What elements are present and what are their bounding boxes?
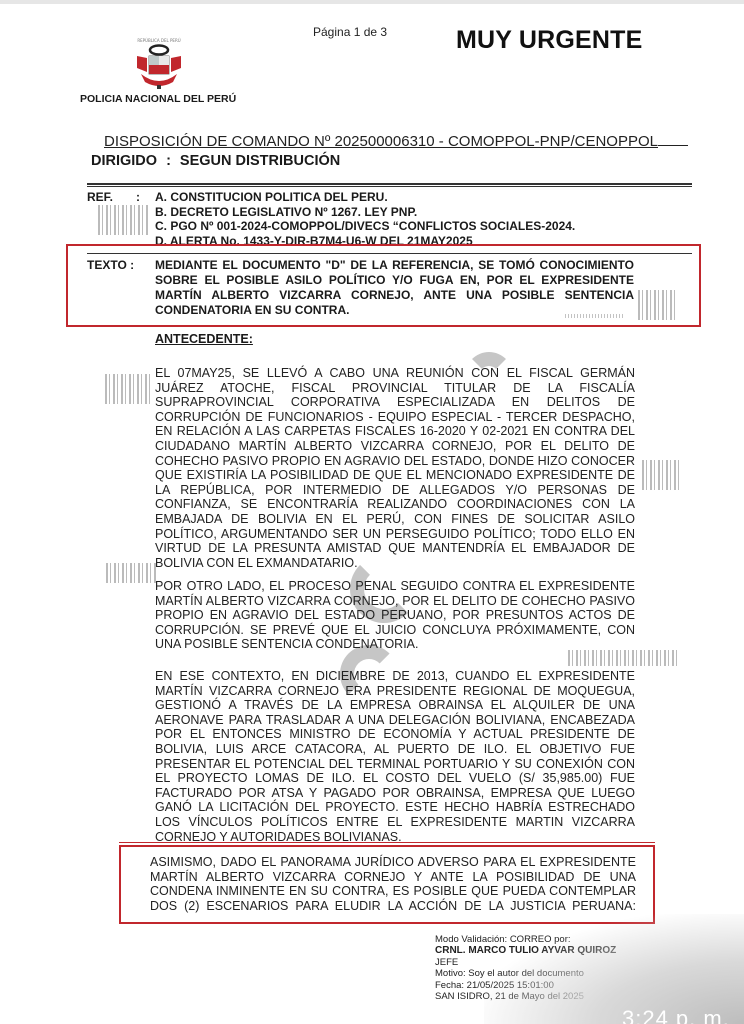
ref-label: REF.	[87, 190, 113, 204]
top-edge	[0, 0, 744, 4]
document-title: DISPOSICIÓN DE COMANDO Nº 202500006310 -…	[104, 133, 688, 150]
paragraph-line: POR EL ENTONCES MINISTRO DE ECONOMÍA Y A…	[155, 727, 635, 742]
logo-caption: REPÚBLICA DEL PERÚ	[137, 38, 180, 43]
paragraph-line: UNA POSIBLE SENTENCIA CONDENATORIA.	[155, 637, 635, 652]
paragraph-line: BOLIVIA, LUIS ARCE CATACORA, AL PUERTO D…	[155, 742, 635, 757]
title-underline-tail	[658, 145, 688, 146]
paragraph-line: LOS VÍNCULOS POLÍTICOS ENTRE EL EXPRESID…	[155, 815, 635, 830]
org-name: POLICIA NACIONAL DEL PERÚ	[80, 93, 236, 105]
paragraph-line: LA REPÚBLICA, POR INTERMEDIO DE ALLEGADO…	[155, 483, 635, 498]
paragraph-line: AERONAVE PARA TRASLADAR A UNA DELEGACIÓN…	[155, 713, 635, 728]
paragraph-line: VIRTUD DE LA PRESUNTA AMISTAD QUE MANTEN…	[155, 541, 635, 556]
paragraph-antecedent-1: EL 07MAY25, SE LLEVÓ A CABO UNA REUNIÓN …	[155, 366, 635, 570]
paragraph-line: GANÓ LA LICITACIÓN DEL PROYECTO. ESTE HE…	[155, 800, 635, 815]
barcode-mark	[565, 314, 625, 318]
paragraph-line: CIUDADANO MARTÍN ALBERTO VIZCARRA CORNEJ…	[155, 439, 635, 454]
paragraph-line: SUPRAPROVINCIAL CORPORATIVA ESPECIALIZAD…	[155, 395, 635, 410]
document-title-text: DISPOSICIÓN DE COMANDO Nº 202500006310 -…	[104, 133, 658, 150]
paragraph-line: CORRUPCIÓN. SE PREVÉ QUE EL JUICIO CONCL…	[155, 623, 635, 638]
paragraph-line: DOS (2) ESCENARIOS PARA ELUDIR LA ACCIÓN…	[150, 899, 636, 914]
paragraph-line: EL PROYECTO LOMAS DE ILO. EL COSTO DEL V…	[155, 771, 635, 786]
barcode-mark	[642, 460, 682, 490]
divider-double	[87, 183, 692, 187]
section-heading: ANTECEDENTE:	[155, 332, 253, 346]
paragraph-line: CONDENA INMINENTE EN SU CONTRA, ES POSIB…	[150, 884, 636, 899]
paragraph-line: PROPIO EN AGRAVIO DEL ESTADO PERUANO, PO…	[155, 608, 635, 623]
paragraph-line: POR OTRO LADO, EL PROCESO PENAL SEGUIDO …	[155, 579, 635, 594]
reference-item: D. ALERTA No. 1433-Y-DIR-B7M4-U6-W DEL 2…	[155, 234, 575, 244]
paragraph-line: QUE EXISTIRÍA LA POSIBILIDAD DE QUE EL M…	[155, 468, 635, 483]
paragraph-line: COHECHO PASIVO PROPIO EN AGRAVIO DEL EST…	[155, 454, 635, 469]
texto-body: MEDIANTE EL DOCUMENTO "D" DE LA REFERENC…	[155, 258, 634, 318]
paragraph-line: CORRUPCIÓN DE FUNCIONARIOS - EQUIPO ESPE…	[155, 410, 635, 425]
page-indicator: Página 1 de 3	[313, 25, 387, 39]
barcode-mark	[568, 650, 680, 666]
paragraph-line: MARTÍN ALBERTO VIZCARRA CORNEJO, POR EL …	[155, 594, 635, 609]
divider-single	[87, 253, 692, 254]
paragraph-line: FACTURADO POR ATSA Y PAGADO POR OBRAINSA…	[155, 786, 635, 801]
paragraph-line: EN RELACIÓN A LAS CARPETAS FISCALES 16-2…	[155, 424, 635, 439]
coat-of-arms: REPÚBLICA DEL PERÚ	[84, 36, 234, 97]
paragraph-line: EL 07MAY25, SE LLEVÓ A CABO UNA REUNIÓN …	[155, 366, 635, 381]
reference-item: A. CONSTITUCION POLITICA DEL PERU.	[155, 190, 575, 205]
reference-list: A. CONSTITUCION POLITICA DEL PERU. B. DE…	[155, 190, 575, 244]
reference-item: C. PGO Nº 001-2024-COMOPPOL/DIVECS “CONF…	[155, 219, 575, 234]
paragraph-line: GESTIONÓ A TRAVÉS DE LA EMPRESA OBRAINSA…	[155, 698, 635, 713]
barcode-mark	[105, 374, 150, 404]
addressed-label: DIRIGIDO	[91, 153, 157, 169]
barcode-mark	[638, 290, 676, 320]
status-clock: 3:24 p. m.	[622, 1006, 730, 1024]
reference-item: B. DECRETO LEGISLATIVO Nº 1267. LEY PNP.	[155, 205, 575, 220]
addressed-sep: :	[166, 153, 171, 169]
paragraph-line: ASIMISMO, DADO EL PANORAMA JURÍDICO ADVE…	[150, 855, 636, 870]
paragraph-scenarios: ASIMISMO, DADO EL PANORAMA JURÍDICO ADVE…	[150, 855, 636, 913]
paragraph-line: BOLIVIA CON EL EXMANDATARIO.	[155, 556, 635, 571]
peru-coat-of-arms-icon: REPÚBLICA DEL PERÚ	[129, 36, 189, 92]
paragraph-line: EN ESE CONTEXTO, EN DICIEMBRE DE 2013, C…	[155, 669, 635, 684]
ref-sep: :	[136, 190, 140, 204]
paragraph-line: PRESENTAR EL POTENCIAL DEL TERMINAL PORT…	[155, 757, 635, 772]
paragraph-line: MARTÍN VIZCARRA CORNEJO ERA PRESIDENTE R…	[155, 684, 635, 699]
paragraph-antecedent-2: POR OTRO LADO, EL PROCESO PENAL SEGUIDO …	[155, 579, 635, 652]
priority-label: MUY URGENTE	[456, 26, 642, 55]
addressed-to: DIRIGIDO:SEGUN DISTRIBUCIÓN	[91, 153, 340, 169]
barcode-mark	[98, 205, 148, 235]
highlight-box-top-line	[119, 842, 655, 843]
paragraph-antecedent-3: EN ESE CONTEXTO, EN DICIEMBRE DE 2013, C…	[155, 669, 635, 844]
paragraph-line: CONFIANZA, SE ENCONTRARÍA REALIZANDO COO…	[155, 497, 635, 512]
barcode-mark	[106, 563, 156, 583]
paragraph-line: MARTÍN ALBERTO VIZCARRA CORNEJO Y ANTE L…	[150, 870, 636, 885]
paragraph-line: POLÍTICO, ARGUMENTANDO SER UN PERSEGUIDO…	[155, 527, 635, 542]
paragraph-line: EMBAJADA DE BOLIVIA EN EL PERÚ, CON FINE…	[155, 512, 635, 527]
addressed-value: SEGUN DISTRIBUCIÓN	[180, 153, 340, 169]
paragraph-line: JUÁREZ ATOCHE, FISCAL PROVINCIAL TITULAR…	[155, 381, 635, 396]
texto-label: TEXTO :	[87, 258, 134, 272]
